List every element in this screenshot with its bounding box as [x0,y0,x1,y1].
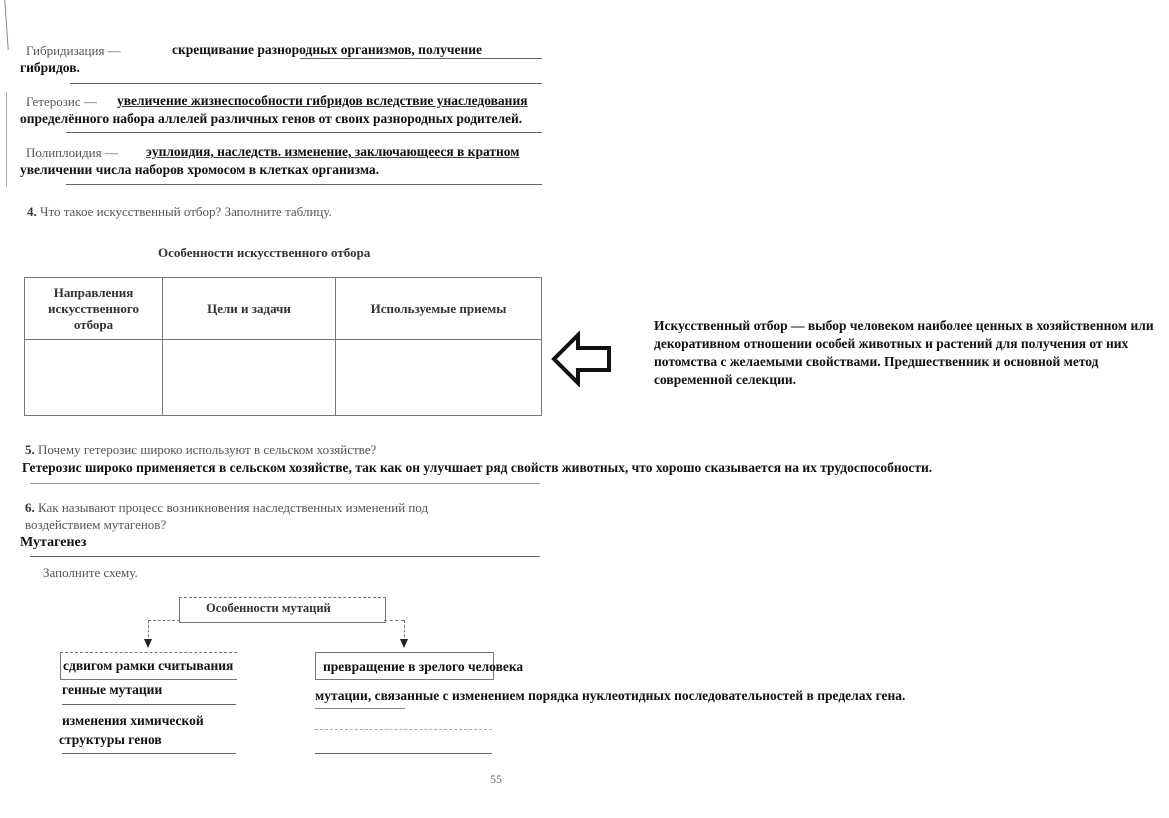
scheme-left-line2-cont: структуры генов [59,732,162,748]
handwritten-answer: увеличение жизнеспособности гибридов всл… [117,93,528,109]
answer-line [300,58,542,59]
question-body: Что такое искусственный отбор? Заполните… [40,204,332,219]
handwritten-answer: эуплоидия, наследств. изменение, заключа… [146,144,519,160]
page-number: 55 [490,772,502,787]
answer-line [30,556,540,557]
question-text-cont: воздействием мутагенов? [25,517,166,533]
handwritten-answer: определённого набора аллелей различных г… [20,111,522,127]
question-text: 5. Почему гетерозис широко используют в … [25,442,376,458]
arrow-down-icon [400,639,408,648]
handwritten-answer: Мутагенез [20,535,86,551]
scheme-instruction: Заполните схему. [43,565,138,581]
question-number: 6. [25,500,35,515]
answer-line [66,132,542,133]
table-cell[interactable] [336,340,542,416]
scheme-left-line2: изменения химической [62,713,204,729]
question-number: 5. [25,442,35,457]
answer-line [315,729,492,730]
question-body: Почему гетерозис широко используют в сел… [38,442,376,457]
handwritten-answer: увеличении числа наборов хромосом в клет… [20,162,379,178]
scan-edge [4,0,8,50]
table-cell[interactable] [25,340,163,416]
term-label: Полиплоидия — [26,145,118,161]
answer-line [315,753,492,754]
table-header-methods: Используемые приемы [336,278,542,340]
handwritten-answer: скрещивание разнородных организмов, полу… [172,42,482,58]
arrow-down-icon [144,639,152,648]
question-text: 4. Что такое искусственный отбор? Заполн… [27,204,332,220]
scheme-right-answer: превращение в зрелого человека [323,659,523,675]
connector-line [148,620,180,621]
question-number: 4. [27,204,37,219]
artificial-selection-note: Искусственный отбор — выбор человеком на… [654,317,1164,389]
scheme-left-line1: генные мутации [62,682,162,698]
term-label: Гибридизация — [26,43,121,59]
selection-table: Направления искусственного отбора Цели и… [24,277,542,416]
term-label: Гетерозис — [26,94,97,110]
table-cell[interactable] [163,340,336,416]
table-header-directions: Направления искусственного отбора [25,278,163,340]
answer-line [315,708,405,709]
question-text: 6. Как называют процесс возникновения на… [25,500,428,516]
handwritten-answer: Гетерозис широко применяется в сельском … [22,460,932,476]
scan-edge [6,92,7,187]
answer-line [66,184,542,185]
table-title: Особенности искусственного отбора [158,245,370,261]
table-header-goals: Цели и задачи [163,278,336,340]
answer-line [62,753,236,754]
connector-line [384,620,404,621]
question-body: Как называют процесс возникновения насле… [38,500,428,515]
scheme-right-line1: мутации, связанные с изменением порядка … [315,688,905,704]
left-arrow-icon [551,331,613,387]
answer-line [30,483,540,484]
scheme-left-answer: сдвигом рамки считывания [63,658,233,674]
handwritten-answer: гибридов. [20,60,80,76]
answer-line [62,704,236,705]
scheme-root-label: Особенности мутаций [206,601,331,616]
answer-line [70,83,542,84]
